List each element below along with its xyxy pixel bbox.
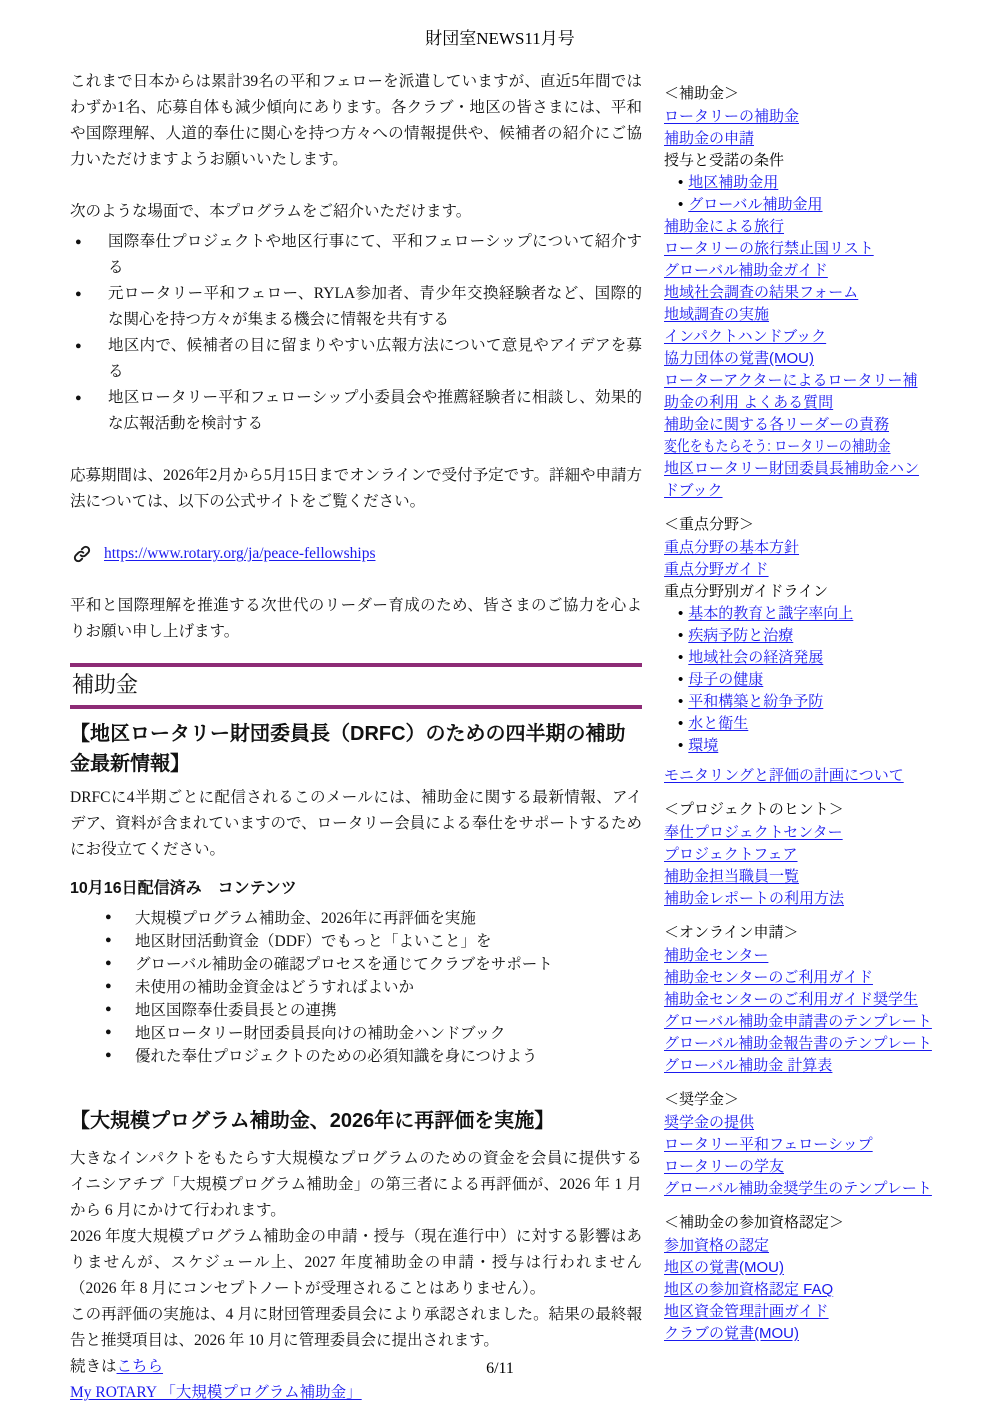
sidebar-link[interactable]: プロジェクトフェア [664, 844, 926, 866]
sidebar-link[interactable]: 重点分野の基本方針 [664, 537, 926, 559]
drfc-heading: 【地区ロータリー財団委員長（DRFC）のための四半期の補助金最新情報】 [70, 719, 642, 779]
sidebar-link[interactable]: ロータリーの補助金 [664, 106, 926, 128]
sidebar-link[interactable]: モニタリングと評価の計画について [664, 765, 926, 787]
sidebar-link[interactable]: グローバル補助金用 [688, 194, 822, 216]
bullet-icon: • [678, 603, 683, 625]
page-number: 6/11 [0, 1360, 1000, 1378]
sidebar-plain-text: 重点分野別ガイドライン [664, 581, 926, 603]
bullet-icon: • [678, 625, 683, 647]
reeval-paragraph-1: 大きなインパクトをもたらす大規模なプログラムのための資金を会員に提供するイニシア… [70, 1146, 642, 1224]
sidebar-section-title: ＜重点分野＞ [664, 514, 926, 536]
sidebar-link[interactable]: ロータリー平和フェローシップ [664, 1134, 926, 1156]
sidebar-bullet-item: •母子の健康 [664, 669, 926, 691]
contents-list-item: グローバル補助金の確認プロセスを通じてクラブをサポート [70, 953, 642, 976]
sidebar-link[interactable]: 母子の健康 [688, 669, 763, 691]
drfc-paragraph: DRFCに4半期ごとに配信されるこのメールには、補助金に関する最新情報、アイデア… [70, 785, 642, 863]
contents-heading: 10月16日配信済み コンテンツ [70, 877, 642, 901]
sidebar-link[interactable]: 補助金レポートの利用方法 [664, 888, 926, 910]
sidebar-bullet-item: •地域社会の経済発展 [664, 647, 926, 669]
sidebar-section-title: ＜プロジェクトのヒント＞ [664, 799, 926, 821]
contents-list-item: 地区ロータリー財団委員長向けの補助金ハンドブック [70, 1022, 642, 1045]
sidebar-link[interactable]: グローバル補助金奨学生のテンプレート [664, 1178, 926, 1200]
sidebar-link[interactable]: グローバル補助金ガイド [664, 260, 926, 282]
sidebar-link[interactable]: 参加資格の認定 [664, 1235, 926, 1257]
sidebar-section-qualification: ＜補助金の参加資格認定＞ 参加資格の認定 地区の覚書(MOU) 地区の参加資格認… [664, 1212, 926, 1345]
sidebar-links: ＜補助金＞ ロータリーの補助金 補助金の申請 授与と受諾の条件 •地区補助金用 … [664, 69, 926, 1357]
bullet-icon: • [678, 172, 683, 194]
main-content: これまで日本からは累計39名の平和フェローを派遣していますが、直近5年間ではわず… [70, 69, 642, 1406]
sidebar-link[interactable]: 補助金センターのご利用ガイド奨学生 [664, 989, 926, 1011]
sidebar-link[interactable]: 地区補助金用 [688, 172, 778, 194]
scene-list-item: 国際奉仕プロジェクトや地区行事にて、平和フェローシップについて紹介する [70, 229, 642, 281]
sidebar-bullet-item: •基本的教育と識字率向上 [664, 603, 926, 625]
sidebar-bullet-item: •グローバル補助金用 [664, 194, 926, 216]
sidebar-section-title: ＜奨学金＞ [664, 1089, 926, 1111]
sidebar-link[interactable]: 協力団体の覚書(MOU) [664, 348, 926, 370]
bullet-icon: • [678, 735, 683, 757]
contents-list-item: 未使用の補助金資金はどうすればよいか [70, 976, 642, 999]
sidebar-link[interactable]: ロータリーの学友 [664, 1156, 926, 1178]
sidebar-section-scholarships: ＜奨学金＞ 奨学金の提供 ロータリー平和フェローシップ ロータリーの学友 グロー… [664, 1089, 926, 1200]
sidebar-link[interactable]: 奨学金の提供 [664, 1112, 926, 1134]
sidebar-link[interactable]: 補助金による旅行 [664, 216, 926, 238]
peace-fellowships-link[interactable]: https://www.rotary.org/ja/peace-fellowsh… [104, 541, 375, 567]
sidebar-link[interactable]: 補助金センター [664, 945, 926, 967]
sidebar-bullet-item: •水と衛生 [664, 713, 926, 735]
sidebar-link[interactable]: 水と衛生 [688, 713, 748, 735]
application-paragraph: 応募期間は、2026年2月から5月15日までオンラインで受付予定です。詳細や申請… [70, 463, 642, 515]
sidebar-link[interactable]: クラブの覚書(MOU) [664, 1323, 926, 1345]
reeval-paragraph-3: この再評価の実施は、4 月に財団管理委員会により承認されました。結果の最終報告と… [70, 1302, 642, 1354]
sidebar-bullet-item: •環境 [664, 735, 926, 757]
bullet-icon: • [678, 647, 683, 669]
bullet-icon: • [678, 669, 683, 691]
page-header-title: 財団室NEWS11月号 [0, 0, 1000, 49]
sidebar-link[interactable]: 地区ロータリー財団委員長補助金ハンドブック [664, 458, 926, 502]
scene-list-item: 地区内で、候補者の目に留まりやすい広報方法について意見やアイデアを募る [70, 333, 642, 385]
sidebar-link[interactable]: インパクトハンドブック [664, 326, 926, 348]
scene-list-item: 地区ロータリー平和フェローシップ小委員会や推薦経験者に相談し、効果的な広報活動を… [70, 385, 642, 437]
sidebar-section-title: ＜オンライン申請＞ [664, 922, 926, 944]
contents-list-item: 大規模プログラム補助金、2026年に再評価を実施 [70, 907, 642, 930]
reeval-heading: 【大規模プログラム補助金、2026年に再評価を実施】 [70, 1106, 642, 1136]
bullet-icon: • [678, 194, 683, 216]
sidebar-bullet-item: •疾病予防と治療 [664, 625, 926, 647]
myrotary-line: My ROTARY 「大規模プログラム補助金」 [70, 1380, 642, 1406]
sidebar-link[interactable]: 地区の覚書(MOU) [664, 1257, 926, 1279]
sidebar-link[interactable]: 地区の参加資格認定 FAQ [664, 1279, 926, 1301]
contents-list-item: 地区財団活動資金（DDF）でもっと「よいこと」を [70, 930, 642, 953]
sidebar-section-online-application: ＜オンライン申請＞ 補助金センター 補助金センターのご利用ガイド 補助金センター… [664, 922, 926, 1077]
sidebar-link[interactable]: 地区資金管理計画ガイド [664, 1301, 926, 1323]
sidebar-link[interactable]: 基本的教育と識字率向上 [688, 603, 853, 625]
contents-list: 大規模プログラム補助金、2026年に再評価を実施 地区財団活動資金（DDF）でも… [70, 907, 642, 1068]
reeval-paragraph-2: 2026 年度大規模プログラム補助金の申請・授与（現在進行中）に対する影響はあり… [70, 1224, 642, 1302]
sidebar-link[interactable]: 地域社会調査の結果フォーム [664, 282, 926, 304]
sidebar-bullet-item: •平和構築と紛争予防 [664, 691, 926, 713]
scene-list: 国際奉仕プロジェクトや地区行事にて、平和フェローシップについて紹介する 元ロータ… [70, 229, 642, 437]
sidebar-link[interactable]: 変化をもたらそう: ロータリーの補助金 [664, 436, 889, 458]
closing-paragraph: 平和と国際理解を推進する次世代のリーダー育成のため、皆さまのご協力を心よりお願い… [70, 593, 642, 645]
sidebar-section-title: ＜補助金の参加資格認定＞ [664, 1212, 926, 1234]
sidebar-link[interactable]: グローバル補助金報告書のテンプレート [664, 1033, 926, 1055]
bullet-icon: • [678, 691, 683, 713]
sidebar-plain-text: 授与と受諾の条件 [664, 150, 926, 172]
sidebar-link[interactable]: 環境 [688, 735, 718, 757]
content-columns: これまで日本からは累計39名の平和フェローを派遣していますが、直近5年間ではわず… [0, 49, 1000, 1406]
sidebar-link[interactable]: グローバル補助金 計算表 [664, 1055, 926, 1077]
fellowship-link-row: https://www.rotary.org/ja/peace-fellowsh… [70, 541, 642, 567]
sidebar-link[interactable]: 奉仕プロジェクトセンター [664, 822, 926, 844]
intro-paragraph: これまで日本からは累計39名の平和フェローを派遣していますが、直近5年間ではわず… [70, 69, 642, 173]
sidebar-link[interactable]: 補助金に関する各リーダーの責務 [664, 414, 926, 436]
sidebar-link[interactable]: 疾病予防と治療 [688, 625, 793, 647]
sidebar-link[interactable]: 補助金の申請 [664, 128, 926, 150]
myrotary-link[interactable]: My ROTARY 「大規模プログラム補助金」 [70, 1384, 362, 1401]
scenes-lead: 次のような場面で、本プログラムをご紹介いただけます。 [70, 199, 642, 225]
sidebar-link[interactable]: 地域調査の実施 [664, 304, 926, 326]
grants-section-title: 補助金 [72, 672, 138, 697]
sidebar-section-grants: ＜補助金＞ ロータリーの補助金 補助金の申請 授与と受諾の条件 •地区補助金用 … [664, 83, 926, 502]
sidebar-link[interactable]: 平和構築と紛争予防 [688, 691, 823, 713]
sidebar-link[interactable]: ロータリーの旅行禁止国リスト [664, 238, 926, 260]
contents-list-item: 優れた奉仕プロジェクトのための必須知識を身につけよう [70, 1045, 642, 1068]
sidebar-link[interactable]: グローバル補助金申請書のテンプレート [664, 1011, 926, 1033]
sidebar-link[interactable]: ローターアクターによるロータリー補助金の利用 よくある質問 [664, 370, 926, 414]
link-icon [72, 544, 92, 564]
contents-list-item: 地区国際奉仕委員長との連携 [70, 999, 642, 1022]
scene-list-item: 元ロータリー平和フェロー、RYLA参加者、青少年交換経験者など、国際的な関心を持… [70, 281, 642, 333]
newsletter-page: 財団室NEWS11月号 これまで日本からは累計39名の平和フェローを派遣していま… [0, 0, 1000, 1414]
bullet-icon: • [678, 713, 683, 735]
sidebar-bullet-item: •地区補助金用 [664, 172, 926, 194]
sidebar-link[interactable]: 地域社会の経済発展 [688, 647, 823, 669]
grants-section-band: 補助金 [70, 663, 642, 709]
sidebar-section-project-tips: ＜プロジェクトのヒント＞ 奉仕プロジェクトセンター プロジェクトフェア 補助金担… [664, 799, 926, 910]
sidebar-section-title: ＜補助金＞ [664, 83, 926, 105]
sidebar-link[interactable]: 重点分野ガイド [664, 559, 926, 581]
sidebar-section-focus-areas: ＜重点分野＞ 重点分野の基本方針 重点分野ガイド 重点分野別ガイドライン •基本… [664, 514, 926, 787]
sidebar-link[interactable]: 補助金センターのご利用ガイド [664, 967, 926, 989]
sidebar-link[interactable]: 補助金担当職員一覧 [664, 866, 926, 888]
